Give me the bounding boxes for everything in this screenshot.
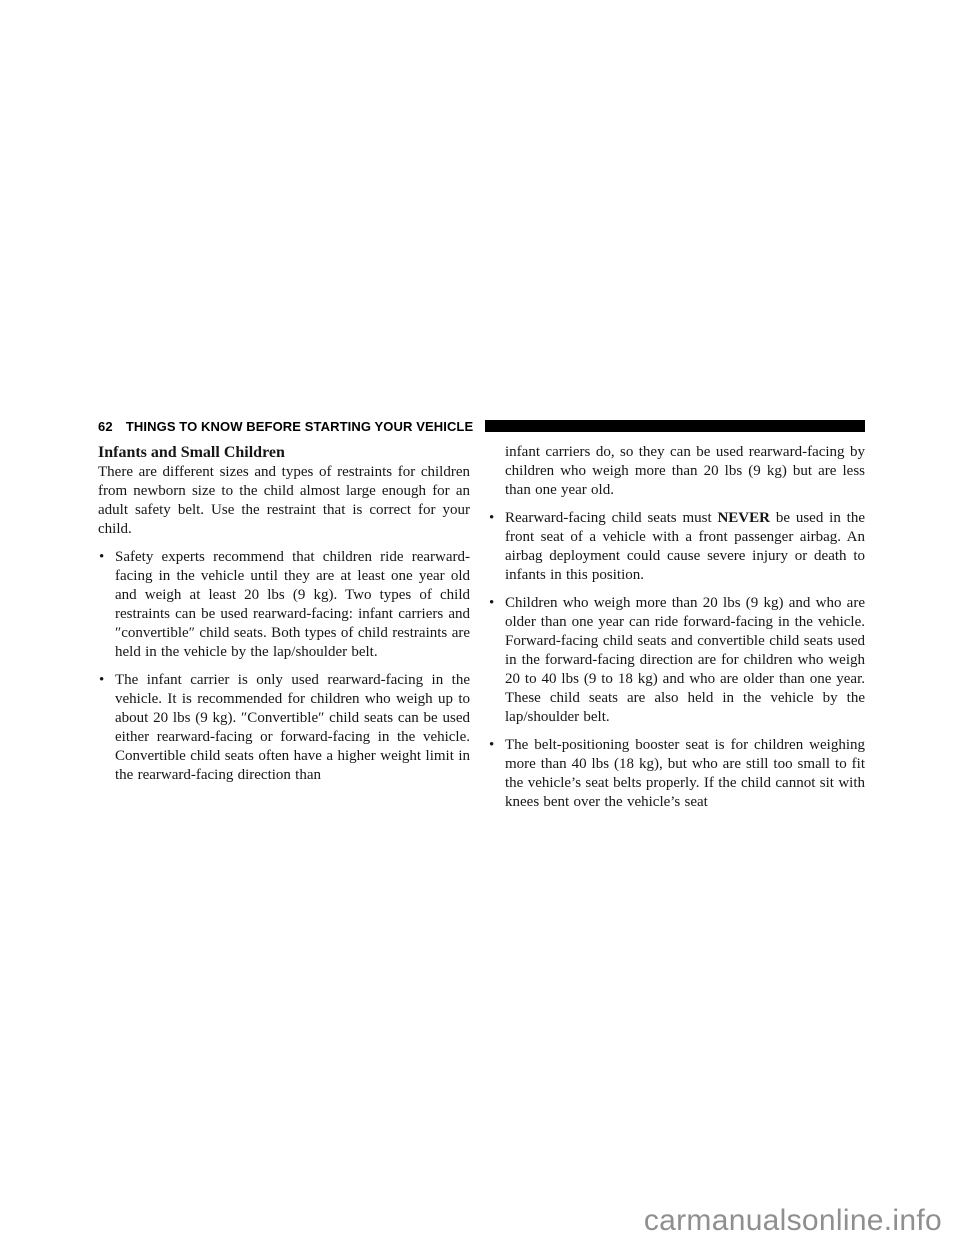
page-header: 62 THINGS TO KNOW BEFORE STARTING YOUR V…	[98, 419, 865, 433]
header-rule-bar	[485, 420, 865, 432]
right-column: infant carriers do, so they can be used …	[488, 443, 865, 812]
header-title: THINGS TO KNOW BEFORE STARTING YOUR VEHI…	[126, 419, 473, 434]
bullet-text: Children who weigh more than 20 lbs (9 k…	[505, 595, 865, 725]
never-emphasis: NEVER	[717, 510, 770, 526]
two-column-body: Infants and Small Children There are dif…	[98, 443, 865, 812]
bullet-rearward-never: •Rearward-facing child seats must NEVER …	[488, 509, 865, 585]
bullet-icon: •	[489, 594, 494, 613]
bullet-forward-facing: •Children who weigh more than 20 lbs (9 …	[488, 594, 865, 727]
bullet-icon: •	[99, 548, 104, 567]
section-heading: Infants and Small Children	[98, 443, 470, 463]
watermark-text: carmanualsonline.info	[644, 1206, 942, 1236]
left-column: Infants and Small Children There are dif…	[98, 443, 470, 785]
bullet-icon: •	[99, 671, 104, 690]
bullet-infant-carrier: •The infant carrier is only used rearwar…	[98, 671, 470, 785]
intro-paragraph: There are different sizes and types of r…	[98, 463, 470, 539]
manual-page: 62 THINGS TO KNOW BEFORE STARTING YOUR V…	[0, 0, 960, 1242]
bullet-text-pre: Rearward-facing child seats must	[505, 510, 717, 526]
bullet-safety-experts: •Safety experts recommend that children …	[98, 548, 470, 662]
bullet-icon: •	[489, 509, 494, 528]
bullet-icon: •	[489, 736, 494, 755]
continuation-paragraph: infant carriers do, so they can be used …	[488, 443, 865, 500]
bullet-text: The belt-positioning booster seat is for…	[505, 737, 865, 810]
page-content: 62 THINGS TO KNOW BEFORE STARTING YOUR V…	[98, 419, 865, 812]
bullet-text: Safety experts recommend that children r…	[115, 549, 470, 660]
page-number: 62	[98, 419, 113, 434]
bullet-text: The infant carrier is only used rearward…	[115, 672, 470, 783]
bullet-booster-seat: •The belt-positioning booster seat is fo…	[488, 736, 865, 812]
